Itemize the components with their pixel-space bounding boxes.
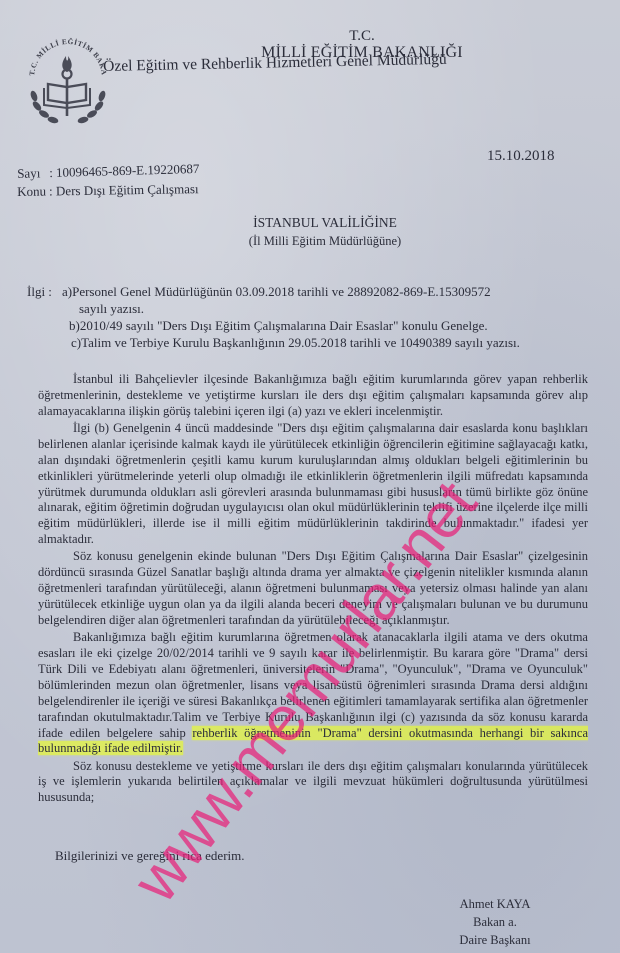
- document-subject: Konu: Ders Dışı Eğitim Çalışması: [17, 181, 199, 200]
- letter-page: T.C. MİLLİ EĞİTİM BAKANLIĞI T.C. MİLLİ E…: [0, 0, 620, 953]
- letterhead-tc: T.C.: [52, 28, 620, 45]
- reference-a: a)Personel Genel Müdürlüğünün 03.09.2018…: [62, 283, 491, 300]
- document-number: Sayı: 10096465-869-E.19220687: [17, 161, 200, 182]
- reference-c: c)Talim ve Terbiye Kurulu Başkanlığının …: [71, 334, 520, 351]
- reference-b: b)2010/49 sayılı "Ders Dışı Eğitim Çalış…: [69, 317, 488, 334]
- paragraph-2: İlgi (b) Genelgenin 4 üncü maddesinde "D…: [38, 421, 588, 548]
- letter-body: İstanbul ili Bahçelievler ilçesinde Baka…: [38, 372, 588, 807]
- signatory-title-2: Daire Başkanı: [440, 931, 550, 949]
- paragraph-5: Söz konusu destekleme ve yetiştirme kurs…: [38, 759, 588, 807]
- reference-a-cont: sayılı yazısı.: [79, 300, 144, 317]
- signatory-name: Ahmet KAYA: [440, 895, 550, 913]
- closing-line: Bilgilerinizi ve gereğini rica ederim.: [55, 848, 245, 864]
- addressee-title: İSTANBUL VALİLİĞİNE: [0, 215, 620, 231]
- sayi-label: Sayı: [17, 165, 49, 182]
- references-label: İlgi :: [27, 283, 52, 300]
- konu-label: Konu: [17, 183, 49, 200]
- sayi-value: : 10096465-869-E.19220687: [49, 161, 200, 180]
- addressee-subtitle: (İl Milli Eğitim Müdürlüğüne): [0, 234, 620, 249]
- paragraph-1: İstanbul ili Bahçelievler ilçesinde Baka…: [38, 372, 588, 420]
- paragraph-3: Söz konusu genelgenin ekinde bulunan "De…: [38, 549, 588, 629]
- document-date: 15.10.2018: [487, 148, 555, 165]
- paragraph-4: Bakanlığımıza bağlı eğitim kurumlarına ö…: [38, 630, 588, 757]
- paragraph-4-text: Bakanlığımıza bağlı eğitim kurumlarına ö…: [38, 630, 588, 739]
- signature-block: Ahmet KAYA Bakan a. Daire Başkanı: [440, 895, 550, 949]
- signatory-title-1: Bakan a.: [440, 913, 550, 931]
- konu-value: : Ders Dışı Eğitim Çalışması: [49, 181, 199, 198]
